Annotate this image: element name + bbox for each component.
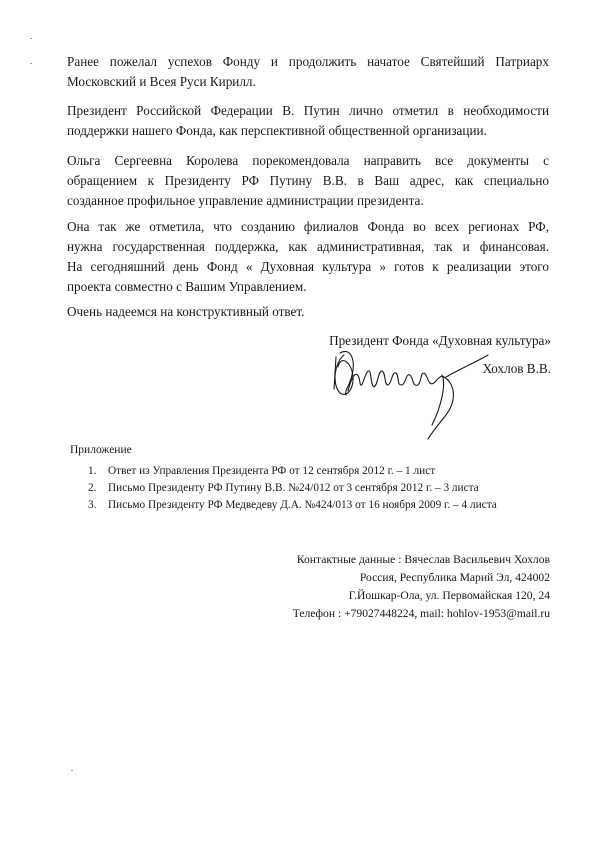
attachment-number: 3. — [88, 497, 108, 514]
paragraph-line: Президент Российской Федерации В. Путин … — [67, 101, 549, 121]
scan-speck — [30, 63, 32, 64]
scan-speck — [71, 770, 73, 771]
paragraph-korolyova: Ольга Сергеевна Королева порекомендовала… — [67, 151, 549, 211]
paragraph-patriarch: Ранее пожелал успехов Фонду и продолжить… — [67, 52, 549, 92]
paragraph-line: созданное профильное управление админист… — [67, 191, 549, 211]
contact-phone-email-line: Телефон : +79027448224, mail: hohlov-195… — [293, 605, 550, 623]
paragraph-line: Ранее пожелал успехов Фонду и продолжить… — [67, 52, 549, 72]
scan-speck — [30, 38, 32, 39]
attachment-item: 3.Письмо Президенту РФ Медведеву Д.А. №4… — [88, 497, 497, 514]
attachment-text: Ответ из Управления Президента РФ от 12 … — [108, 465, 435, 477]
signatory-name: Хохлов В.В. — [483, 359, 551, 379]
attachment-text: Письмо Президенту РФ Медведеву Д.А. №424… — [108, 499, 497, 511]
paragraph-line: Ольга Сергеевна Королева порекомендовала… — [67, 151, 549, 171]
paragraph-line: обращением к Президенту РФ Путину В.В. в… — [67, 171, 549, 191]
contact-details: Контактные данные : Вячеслав Васильевич … — [293, 551, 550, 623]
attachments-heading: Приложение — [70, 440, 132, 460]
paragraph-line: нужна государственная поддержка, как адм… — [67, 237, 549, 257]
attachments-list: 1.Ответ из Управления Президента РФ от 1… — [88, 463, 497, 514]
paragraph-line: проекта совместно с Вашим Управлением. — [67, 277, 549, 297]
contact-street-line: Г.Йошкар-Ола, ул. Первомайская 120, 24 — [293, 587, 550, 605]
paragraph-branches: Она так же отметила, что созданию филиал… — [67, 217, 549, 297]
paragraph-line: Московский и Всея Руси Кирилл. — [67, 72, 549, 92]
paragraph-closing: Очень надеемся на конструктивный ответ. — [67, 302, 549, 322]
attachment-number: 2. — [88, 480, 108, 497]
attachment-item: 2.Письмо Президенту РФ Путину В.В. №24/0… — [88, 480, 497, 497]
paragraph-line: На сегодняшний день Фонд « Духовная куль… — [67, 257, 549, 277]
document-page: Ранее пожелал успехов Фонду и продолжить… — [0, 0, 600, 850]
paragraph-line: Очень надеемся на конструктивный ответ. — [67, 302, 549, 322]
contact-address-line: Россия, Республика Марий Эл, 424002 — [293, 569, 550, 587]
paragraph-line: Она так же отметила, что созданию филиал… — [67, 217, 549, 237]
handwritten-signature — [330, 345, 490, 440]
attachment-number: 1. — [88, 463, 108, 480]
contact-name-line: Контактные данные : Вячеслав Васильевич … — [293, 551, 550, 569]
paragraph-line: поддержки нашего Фонда, как перспективно… — [67, 121, 549, 141]
attachment-item: 1.Ответ из Управления Президента РФ от 1… — [88, 463, 497, 480]
paragraph-president: Президент Российской Федерации В. Путин … — [67, 101, 549, 141]
attachment-text: Письмо Президенту РФ Путину В.В. №24/012… — [108, 482, 479, 494]
